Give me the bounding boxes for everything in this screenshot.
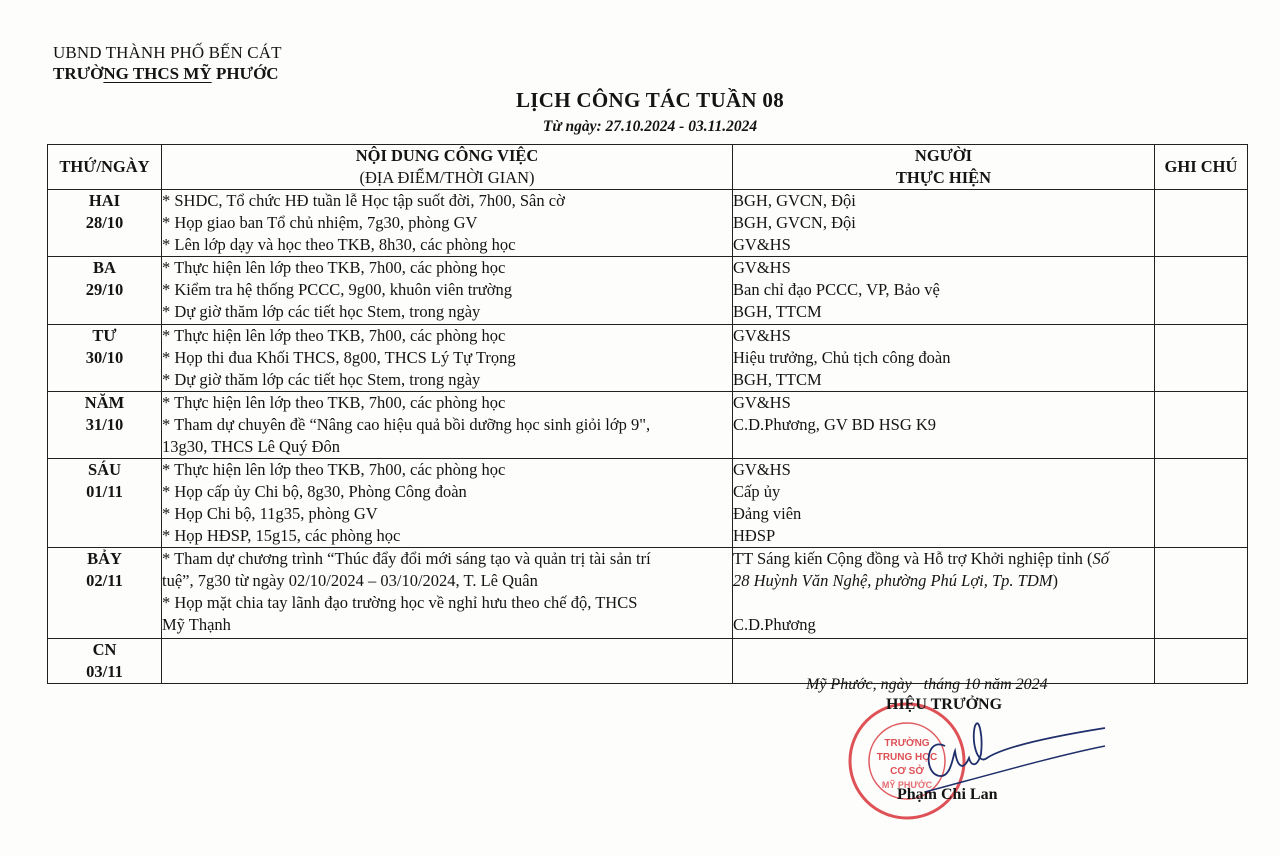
weekday: SÁU	[48, 459, 161, 481]
assignee: Cấp ủy	[733, 481, 1154, 503]
date-range: Từ ngày: 27.10.2024 - 03.11.2024	[0, 118, 1280, 136]
column-header-who-line1: NGƯỜI	[733, 145, 1154, 167]
note-cell	[1155, 459, 1248, 548]
who-cell: GV&HS Cấp ủy Đảng viên HĐSP	[733, 459, 1155, 548]
org-line-2-prefix: TRƯỜ	[53, 64, 103, 83]
work-item: * Dự giờ thăm lớp các tiết học Stem, tro…	[162, 369, 732, 391]
column-header-who: NGƯỜI THỰC HIỆN	[733, 145, 1155, 190]
work-item: * Thực hiện lên lớp theo TKB, 7h00, các …	[162, 257, 732, 279]
work-item: * Lên lớp dạy và học theo TKB, 8h30, các…	[162, 234, 732, 256]
assignee-address-close: )	[1053, 571, 1059, 590]
work-item: * Thực hiện lên lớp theo TKB, 7h00, các …	[162, 459, 732, 481]
table-row: BA29/10 * Thực hiện lên lớp theo TKB, 7h…	[48, 257, 1248, 325]
work-item: * Tham dự chuyên đề “Nâng cao hiệu quả b…	[162, 414, 732, 436]
table-row: NĂM31/10 * Thực hiện lên lớp theo TKB, 7…	[48, 392, 1248, 459]
assignee: Hiệu trưởng, Chủ tịch công đoàn	[733, 347, 1154, 369]
assignee-organization: TT Sáng kiến Cộng đồng và Hỗ trợ Khởi ng…	[733, 548, 1154, 570]
who-cell: TT Sáng kiến Cộng đồng và Hỗ trợ Khởi ng…	[733, 548, 1155, 639]
note-cell	[1155, 548, 1248, 639]
org-line-1: UBND THÀNH PHỐ BẾN CÁT	[53, 42, 282, 63]
weekday: HAI	[48, 190, 161, 212]
weekday: BẢY	[48, 548, 161, 570]
work-item: * Kiểm tra hệ thống PCCC, 9g00, khuôn vi…	[162, 279, 732, 301]
weekday: TƯ	[48, 325, 161, 347]
work-item: * Họp cấp ủy Chi bộ, 8g30, Phòng Công đo…	[162, 481, 732, 503]
assignee: Ban chỉ đạo PCCC, VP, Bảo vệ	[733, 279, 1154, 301]
assignee: GV&HS	[733, 234, 1154, 256]
org-line-2-underlined: NG THCS MỸ	[103, 64, 211, 83]
work-item: * Thực hiện lên lớp theo TKB, 7h00, các …	[162, 392, 732, 414]
work-item-continuation: Mỹ Thạnh	[162, 614, 732, 636]
assignee: GV&HS	[733, 392, 1154, 414]
weekday: BA	[48, 257, 161, 279]
table-row: BẢY02/11 * Tham dự chương trình “Thúc đẩ…	[48, 548, 1248, 639]
note-cell	[1155, 639, 1248, 684]
table-row: HAI28/10 * SHDC, Tổ chức HĐ tuần lễ Học …	[48, 190, 1248, 257]
work-item: * Tham dự chương trình “Thúc đẩy đổi mới…	[162, 548, 732, 570]
assignee: GV&HS	[733, 459, 1154, 481]
assignee: Đảng viên	[733, 503, 1154, 525]
work-cell: * Thực hiện lên lớp theo TKB, 7h00, các …	[162, 392, 733, 459]
org-line-2-suffix: PHƯỚC	[212, 64, 279, 83]
document-title: LỊCH CÔNG TÁC TUẦN 08	[0, 88, 1280, 113]
table-row: CN03/11	[48, 639, 1248, 684]
signature-icon	[905, 706, 1115, 796]
date: 31/10	[48, 414, 161, 436]
table-header-row: THỨ/NGÀY NỘI DUNG CÔNG VIỆC (ĐỊA ĐIỂM/TH…	[48, 145, 1248, 190]
assignee: BGH, TTCM	[733, 301, 1154, 323]
date: 03/11	[48, 661, 161, 683]
assignee: BGH, GVCN, Đội	[733, 190, 1154, 212]
column-header-note: GHI CHÚ	[1155, 145, 1248, 190]
column-header-work: NỘI DUNG CÔNG VIỆC (ĐỊA ĐIỂM/THỜI GIAN)	[162, 145, 733, 190]
date: 29/10	[48, 279, 161, 301]
work-item: * Họp mặt chia tay lãnh đạo trường học v…	[162, 592, 732, 614]
assignee: HĐSP	[733, 525, 1154, 547]
date: 28/10	[48, 212, 161, 234]
work-item: * Dự giờ thăm lớp các tiết học Stem, tro…	[162, 301, 732, 323]
column-header-who-line2: THỰC HIỆN	[733, 167, 1154, 189]
note-cell	[1155, 190, 1248, 257]
weekday: CN	[48, 639, 161, 661]
day-cell: HAI28/10	[48, 190, 162, 257]
date: 02/11	[48, 570, 161, 592]
work-item: * Thực hiện lên lớp theo TKB, 7h00, các …	[162, 325, 732, 347]
column-header-work-subtitle: (ĐỊA ĐIỂM/THỜI GIAN)	[162, 167, 732, 189]
date: 30/10	[48, 347, 161, 369]
work-item: * Họp giao ban Tổ chủ nhiệm, 7g30, phòng…	[162, 212, 732, 234]
signer-name: Phạm Chi Lan	[897, 786, 997, 804]
work-cell: * Thực hiện lên lớp theo TKB, 7h00, các …	[162, 325, 733, 392]
assignee-address-line: 28 Huỳnh Văn Nghệ, phường Phú Lợi, Tp. T…	[733, 570, 1154, 592]
work-cell: * Tham dự chương trình “Thúc đẩy đổi mới…	[162, 548, 733, 639]
day-cell: SÁU01/11	[48, 459, 162, 548]
work-item: * Họp HĐSP, 15g15, các phòng học	[162, 525, 732, 547]
date: 01/11	[48, 481, 161, 503]
work-item: * Họp Chi bộ, 11g35, phòng GV	[162, 503, 732, 525]
assignee: BGH, GVCN, Đội	[733, 212, 1154, 234]
work-item: * SHDC, Tổ chức HĐ tuần lễ Học tập suốt …	[162, 190, 732, 212]
assignee: GV&HS	[733, 257, 1154, 279]
who-cell: GV&HS C.D.Phương, GV BD HSG K9	[733, 392, 1155, 459]
assignee: GV&HS	[733, 325, 1154, 347]
work-item-continuation: 13g30, THCS Lê Quý Đôn	[162, 436, 732, 458]
work-cell: * SHDC, Tổ chức HĐ tuần lễ Học tập suốt …	[162, 190, 733, 257]
note-cell	[1155, 325, 1248, 392]
work-cell: * Thực hiện lên lớp theo TKB, 7h00, các …	[162, 459, 733, 548]
assignee-organization-name: TT Sáng kiến Cộng đồng và Hỗ trợ Khởi ng…	[733, 549, 1093, 568]
column-header-day: THỨ/NGÀY	[48, 145, 162, 190]
assignee-address-start: Số	[1093, 549, 1110, 568]
assignee: C.D.Phương	[733, 614, 1154, 636]
weekday: NĂM	[48, 392, 161, 414]
spacer	[733, 592, 1154, 614]
column-header-work-title: NỘI DUNG CÔNG VIỆC	[162, 145, 732, 167]
assignee: C.D.Phương, GV BD HSG K9	[733, 414, 1154, 436]
work-item: * Họp thi đua Khối THCS, 8g00, THCS Lý T…	[162, 347, 732, 369]
table-row: TƯ30/10 * Thực hiện lên lớp theo TKB, 7h…	[48, 325, 1248, 392]
who-cell: GV&HS Ban chỉ đạo PCCC, VP, Bảo vệ BGH, …	[733, 257, 1155, 325]
day-cell: BẢY02/11	[48, 548, 162, 639]
work-cell	[162, 639, 733, 684]
place-and-date: Mỹ Phước, ngày tháng 10 năm 2024	[806, 676, 1048, 694]
issuing-organization: UBND THÀNH PHỐ BẾN CÁT TRƯỜNG THCS MỸ PH…	[53, 42, 282, 84]
table-row: SÁU01/11 * Thực hiện lên lớp theo TKB, 7…	[48, 459, 1248, 548]
work-item-continuation: tuệ”, 7g30 từ ngày 02/10/2024 – 03/10/20…	[162, 570, 732, 592]
assignee-address: 28 Huỳnh Văn Nghệ, phường Phú Lợi, Tp. T…	[733, 571, 1053, 590]
day-cell: NĂM31/10	[48, 392, 162, 459]
assignee: BGH, TTCM	[733, 369, 1154, 391]
org-line-2: TRƯỜNG THCS MỸ PHƯỚC	[53, 63, 282, 84]
work-cell: * Thực hiện lên lớp theo TKB, 7h00, các …	[162, 257, 733, 325]
note-cell	[1155, 392, 1248, 459]
note-cell	[1155, 257, 1248, 325]
weekly-schedule-table: THỨ/NGÀY NỘI DUNG CÔNG VIỆC (ĐỊA ĐIỂM/TH…	[47, 144, 1248, 684]
day-cell: TƯ30/10	[48, 325, 162, 392]
who-cell: BGH, GVCN, Đội BGH, GVCN, Đội GV&HS	[733, 190, 1155, 257]
who-cell: GV&HS Hiệu trưởng, Chủ tịch công đoàn BG…	[733, 325, 1155, 392]
day-cell: BA29/10	[48, 257, 162, 325]
day-cell: CN03/11	[48, 639, 162, 684]
